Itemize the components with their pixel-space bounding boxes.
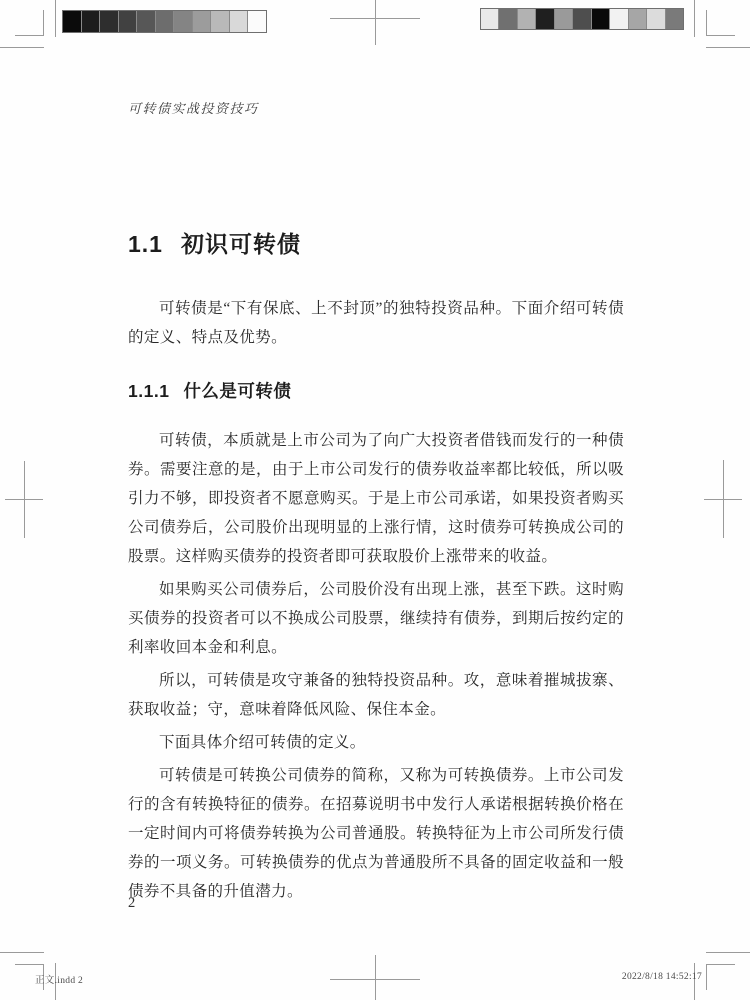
- subsection-number: 1.1.1: [128, 381, 169, 401]
- body-paragraph: 所以，可转债是攻守兼备的独特投资品种。攻，意味着摧城拔寨、获取收益；守，意味着降…: [128, 666, 624, 724]
- trim-mark-bottom-left: [0, 940, 60, 1000]
- registration-cross-bottom: [330, 955, 420, 1000]
- trim-mark-bottom-right: [690, 940, 750, 1000]
- calibration-swatch: [499, 9, 517, 29]
- calibration-swatch: [119, 11, 138, 32]
- calibration-swatch: [573, 9, 591, 29]
- section-number: 1.1: [128, 231, 163, 257]
- calibration-swatch: [481, 9, 499, 29]
- registration-cross-right: [704, 460, 742, 538]
- page-number: 2: [128, 895, 135, 912]
- running-header: 可转债实战投资技巧: [128, 98, 259, 117]
- calibration-swatch: [647, 9, 665, 29]
- book-page: 可转债实战投资技巧 1.1初识可转债 可转债是“下有保底、上不封顶”的独特投资品…: [0, 0, 750, 1000]
- section-title: 初识可转债: [181, 231, 301, 257]
- slug-timestamp: 2022/8/18 14:52:17: [622, 972, 702, 982]
- body-paragraph: 如果购买公司债券后，公司股价没有出现上涨，甚至下跌。这时购买债券的投资者可以不换…: [128, 575, 624, 662]
- registration-cross-left: [5, 461, 43, 538]
- calibration-swatch: [592, 9, 610, 29]
- color-calibration-bar: [480, 8, 684, 30]
- body-paragraphs: 可转债，本质就是上市公司为了向广大投资者借钱而发行的一种债券。需要注意的是，由于…: [128, 426, 624, 910]
- body-paragraph: 下面具体介绍可转债的定义。: [128, 728, 624, 757]
- trim-mark-top-left: [0, 0, 60, 60]
- calibration-swatch: [666, 9, 683, 29]
- calibration-swatch: [211, 11, 230, 32]
- body-paragraph: 可转债是“下有保底、上不封顶”的独特投资品种。下面介绍可转债的定义、特点及优势。: [128, 294, 624, 352]
- section-heading: 1.1初识可转债: [128, 226, 624, 259]
- slug-filename: 正文.indd 2: [35, 972, 83, 986]
- grayscale-calibration-bar: [62, 10, 267, 33]
- body-paragraph: 可转债，本质就是上市公司为了向广大投资者借钱而发行的一种债券。需要注意的是，由于…: [128, 426, 624, 571]
- calibration-swatch: [629, 9, 647, 29]
- calibration-swatch: [248, 11, 266, 32]
- subsection-heading: 1.1.1什么是可转债: [128, 378, 624, 403]
- calibration-swatch: [174, 11, 193, 32]
- trim-mark-top-right: [690, 0, 750, 60]
- calibration-swatch: [137, 11, 156, 32]
- calibration-swatch: [555, 9, 573, 29]
- calibration-swatch: [82, 11, 101, 32]
- calibration-swatch: [100, 11, 119, 32]
- calibration-swatch: [193, 11, 212, 32]
- calibration-swatch: [156, 11, 175, 32]
- calibration-swatch: [230, 11, 249, 32]
- calibration-swatch: [518, 9, 536, 29]
- calibration-swatch: [63, 11, 82, 32]
- intro-paragraph-block: 可转债是“下有保底、上不封顶”的独特投资品种。下面介绍可转债的定义、特点及优势。: [128, 294, 624, 356]
- body-paragraph: 可转债是可转换公司债券的简称，又称为可转换债券。上市公司发行的含有转换特征的债券…: [128, 761, 624, 906]
- calibration-swatch: [536, 9, 554, 29]
- subsection-title: 什么是可转债: [183, 381, 291, 401]
- calibration-swatch: [610, 9, 628, 29]
- registration-cross-top: [330, 0, 420, 45]
